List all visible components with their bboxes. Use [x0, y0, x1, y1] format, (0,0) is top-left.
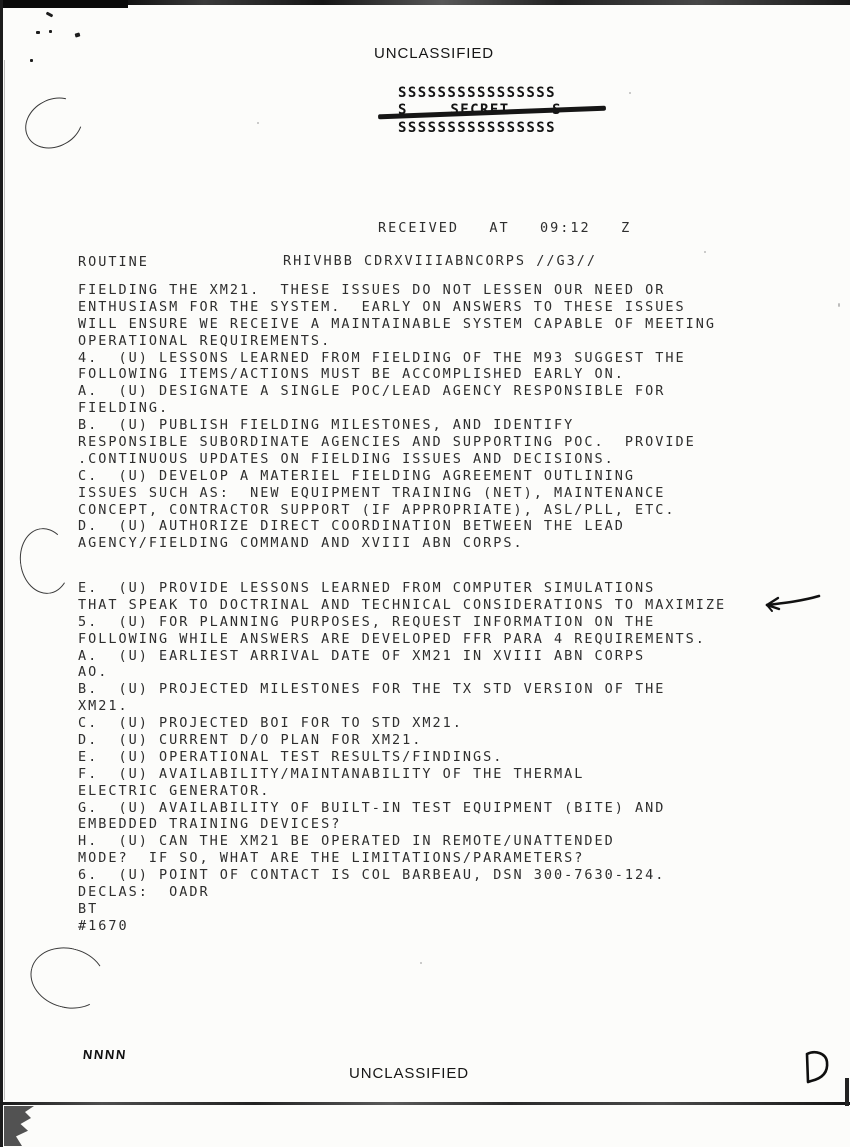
- message-precedence: ROUTINE: [78, 254, 149, 271]
- paper-dot: [629, 92, 631, 94]
- message-line: RESPONSIBLE SUBORDINATE AGENCIES AND SUP…: [78, 434, 716, 451]
- paper-dot: [257, 122, 259, 124]
- message-line: THAT SPEAK TO DOCTRINAL AND TECHNICAL CO…: [78, 597, 726, 614]
- paper-dot: [704, 251, 706, 253]
- punch-hole-arc-top: [16, 88, 92, 159]
- handwritten-d-icon: [799, 1048, 833, 1090]
- pen-speck: [36, 31, 40, 34]
- message-line: .CONTINUOUS UPDATES ON FIELDING ISSUES A…: [78, 451, 716, 468]
- message-line: C. (U) PROJECTED BOI FOR TO STD XM21.: [78, 715, 726, 732]
- message-line: E. (U) OPERATIONAL TEST RESULTS/FINDINGS…: [78, 749, 726, 766]
- paper-dot: [420, 962, 422, 964]
- pen-speck: [30, 59, 33, 62]
- paper-dot: [838, 303, 840, 307]
- scan-smudge-bottom-left: [4, 1106, 34, 1146]
- message-line: MODE? IF SO, WHAT ARE THE LIMITATIONS/PA…: [78, 850, 726, 867]
- message-line: EMBEDDED TRAINING DEVICES?: [78, 816, 726, 833]
- message-line: A. (U) EARLIEST ARRIVAL DATE OF XM21 IN …: [78, 648, 726, 665]
- scan-edge-left: [0, 0, 3, 1147]
- message-line: DECLAS: OADR: [78, 884, 726, 901]
- message-line: 4. (U) LESSONS LEARNED FROM FIELDING OF …: [78, 350, 716, 367]
- punch-hole-arc-middle: [16, 525, 75, 597]
- message-line: H. (U) CAN THE XM21 BE OPERATED IN REMOT…: [78, 833, 726, 850]
- message-line: AGENCY/FIELDING COMMAND AND XVIII ABN CO…: [78, 535, 716, 552]
- scan-edge-right-mark: [845, 1078, 849, 1106]
- message-line: G. (U) AVAILABILITY OF BUILT-IN TEST EQU…: [78, 800, 726, 817]
- margin-arrow-annotation: [758, 590, 822, 616]
- pen-speck: [49, 30, 52, 33]
- bottom-classification-label: UNCLASSIFIED: [349, 1065, 469, 1082]
- message-line: XM21.: [78, 698, 726, 715]
- message-line: D. (U) CURRENT D/O PLAN FOR XM21.: [78, 732, 726, 749]
- end-of-message-marker: NNNN: [82, 1047, 128, 1062]
- message-address: RHIVHBB CDRXVIIIABNCORPS //G3//: [283, 253, 597, 270]
- message-line: FOLLOWING WHILE ANSWERS ARE DEVELOPED FF…: [78, 631, 726, 648]
- message-line: A. (U) DESIGNATE A SINGLE POC/LEAD AGENC…: [78, 383, 716, 400]
- scan-bottom-line: [0, 1102, 850, 1105]
- message-line: E. (U) PROVIDE LESSONS LEARNED FROM COMP…: [78, 580, 726, 597]
- margin-letter-annotation: D: [799, 1048, 833, 1090]
- message-line: F. (U) AVAILABILITY/MAINTANABILITY OF TH…: [78, 766, 726, 783]
- stamp-top-border: SSSSSSSSSSSSSSSS: [398, 85, 556, 101]
- message-line: C. (U) DEVELOP A MATERIEL FIELDING AGREE…: [78, 468, 716, 485]
- scan-edge-left-faint: [4, 60, 5, 1100]
- message-line: #1670: [78, 918, 726, 935]
- message-line: ELECTRIC GENERATOR.: [78, 783, 726, 800]
- message-line: FOLLOWING ITEMS/ACTIONS MUST BE ACCOMPLI…: [78, 366, 716, 383]
- message-line: FIELDING THE XM21. THESE ISSUES DO NOT L…: [78, 282, 716, 299]
- message-line: WILL ENSURE WE RECEIVE A MAINTAINABLE SY…: [78, 316, 716, 333]
- message-line: FIELDING.: [78, 400, 716, 417]
- pen-speck: [46, 12, 54, 18]
- received-timestamp: RECEIVED AT 09:12 Z: [378, 220, 631, 237]
- message-line: AO.: [78, 664, 726, 681]
- punch-hole-arc-bottom: [24, 939, 113, 1017]
- message-line: 6. (U) POINT OF CONTACT IS COL BARBEAU, …: [78, 867, 726, 884]
- scan-edge-top-corner: [0, 0, 128, 8]
- stamp-bottom-border: SSSSSSSSSSSSSSSS: [398, 120, 556, 136]
- message-line: ISSUES SUCH AS: NEW EQUIPMENT TRAINING (…: [78, 485, 716, 502]
- message-line: CONCEPT, CONTRACTOR SUPPORT (IF APPROPRI…: [78, 502, 716, 519]
- message-line: D. (U) AUTHORIZE DIRECT COORDINATION BET…: [78, 518, 716, 535]
- message-line: ENTHUSIASM FOR THE SYSTEM. EARLY ON ANSW…: [78, 299, 716, 316]
- message-line: B. (U) PROJECTED MILESTONES FOR THE TX S…: [78, 681, 726, 698]
- message-line: OPERATIONAL REQUIREMENTS.: [78, 333, 716, 350]
- message-line: BT: [78, 901, 726, 918]
- message-line: B. (U) PUBLISH FIELDING MILESTONES, AND …: [78, 417, 716, 434]
- scanned-document-page: UNCLASSIFIED SSSSSSSSSSSSSSSS S SECRET S…: [0, 0, 850, 1147]
- top-classification-label: UNCLASSIFIED: [374, 45, 494, 62]
- left-arrow-icon: [758, 590, 822, 616]
- pen-speck: [75, 32, 81, 37]
- classification-stamp: SSSSSSSSSSSSSSSS S SECRET S SSSSSSSSSSSS…: [378, 85, 606, 141]
- message-body-block2: E. (U) PROVIDE LESSONS LEARNED FROM COMP…: [78, 580, 726, 935]
- message-line: 5. (U) FOR PLANNING PURPOSES, REQUEST IN…: [78, 614, 726, 631]
- message-body-block1: FIELDING THE XM21. THESE ISSUES DO NOT L…: [78, 282, 716, 552]
